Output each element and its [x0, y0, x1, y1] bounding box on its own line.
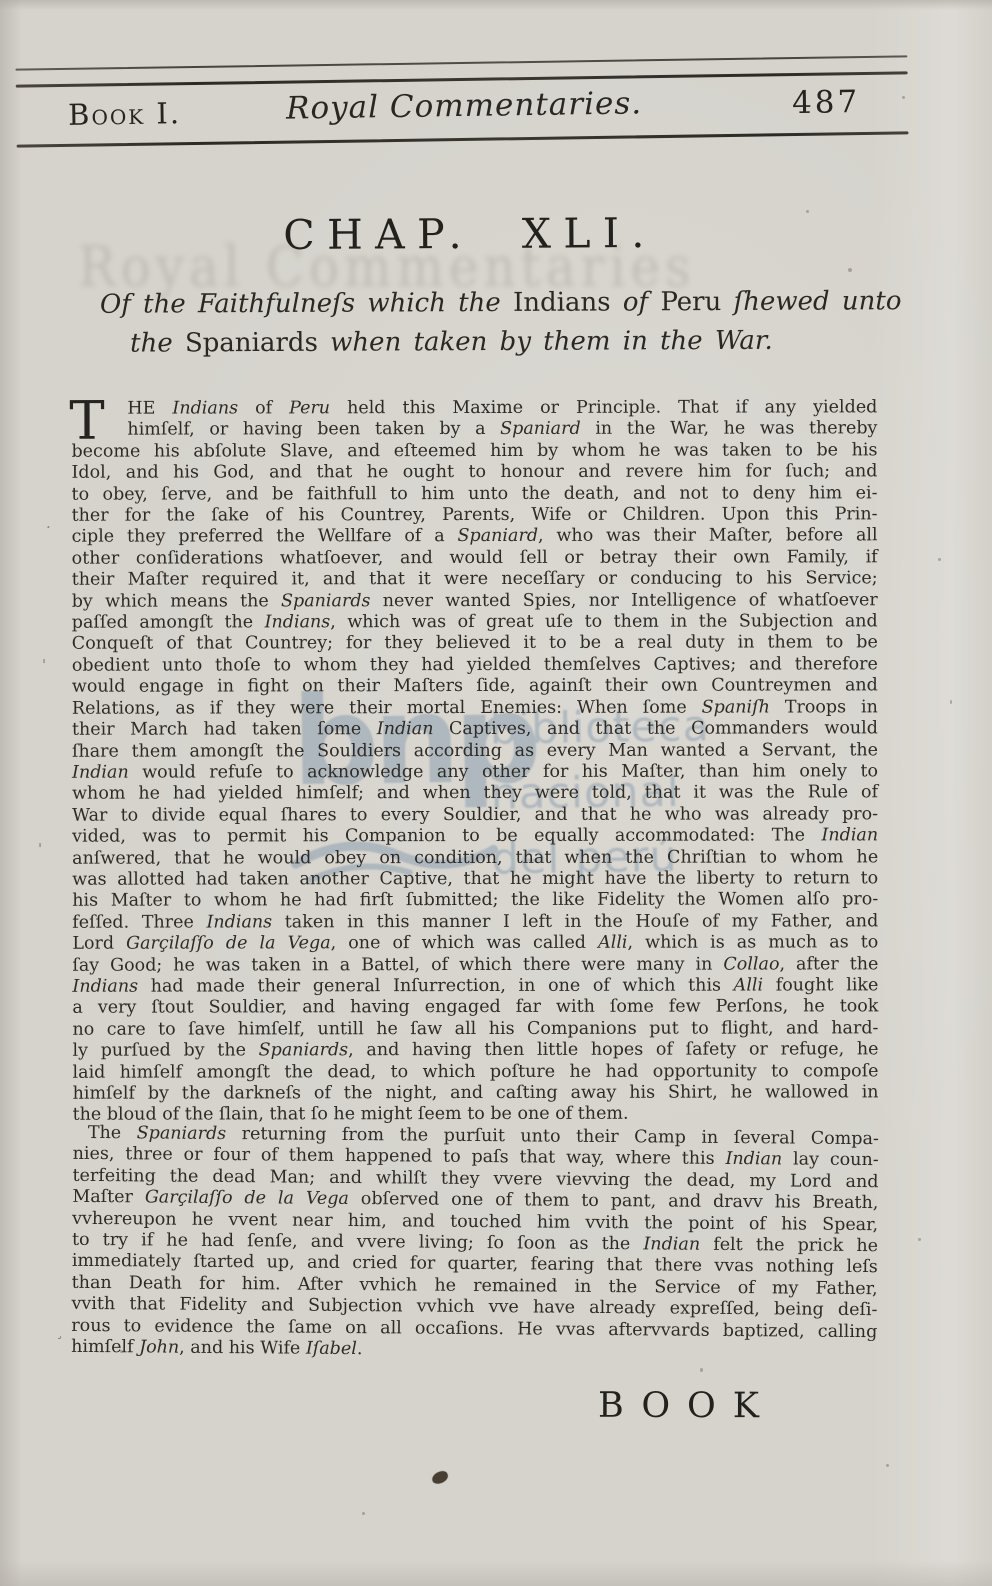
speck: [938, 558, 941, 561]
text-line: himſelf by the darkneſs of the night, an…: [73, 1082, 879, 1105]
text-line: their Maſter required it, and that it we…: [72, 569, 878, 592]
text-line: ciple they preferred the Wellfare of a S…: [72, 526, 878, 549]
running-header: Book I. Royal Commentaries. 487: [15, 45, 908, 158]
text-line: become his abſolute Slave, and eſteemed …: [71, 440, 877, 463]
text-line: War to divide equal ſhares to every Soul…: [72, 804, 878, 827]
chapter-heading: CHAP. XLI.: [0, 208, 940, 261]
text-line: whom he had yielded himſelf; and when th…: [72, 783, 878, 806]
subtitle-line: the Spaniards when taken by them in the …: [130, 321, 890, 363]
text-line: other conſiderations whatſoever, and wou…: [72, 547, 878, 570]
book-label: Book I.: [68, 96, 181, 132]
text-line: laid himſelf amongſt the dead, to which …: [73, 1061, 879, 1084]
text-line: no care to ſave himſelf, untill he ſaw a…: [72, 1018, 878, 1041]
text-line: his Maſter to whom he had firſt ſubmitte…: [72, 890, 878, 913]
speck: [902, 96, 905, 99]
paragraph-2: The Spaniards returning from the purſuit…: [71, 1123, 879, 1365]
speck: [950, 700, 952, 704]
drop-cap: T: [69, 400, 121, 444]
text-line: ſhare them amongſt the Souldiers accordi…: [72, 740, 878, 763]
speck: [362, 1512, 365, 1515]
paragraph-1: T HE Indians of Peru held this Maxime or…: [71, 397, 878, 1126]
header-rule-top: [15, 55, 907, 70]
speck: [848, 268, 852, 272]
subtitle-line: Of the Faithfulneſs which the Indians of…: [100, 282, 890, 324]
text-line: a very ſtout Souldier, and having engage…: [72, 997, 878, 1020]
margin-mark: ·: [46, 518, 51, 536]
text-line: would engage in fight on their Maſters ſ…: [72, 676, 878, 699]
text-line: ly purſued by the Spaniards, and having …: [72, 1039, 878, 1062]
text-line: vided, was to permit his Companion to be…: [72, 825, 878, 848]
running-title: Royal Commentaries.: [286, 85, 643, 126]
text-line: himſelf, or having been taken by a Spani…: [71, 419, 877, 442]
speck: [700, 1368, 703, 1372]
speck: [120, 1350, 123, 1353]
text-line: Relations, as if they were their mortal …: [72, 697, 878, 720]
header-row: Book I. Royal Commentaries. 487: [16, 79, 909, 138]
catchword: BOOK: [598, 1386, 776, 1427]
text-line: by which means the Spaniards never wante…: [72, 590, 878, 613]
page-number: 487: [792, 84, 861, 121]
chapter-subtitle: Of the Faithfulneſs which the Indians of…: [100, 282, 890, 363]
margin-mark: ': [38, 840, 42, 858]
text-line: Indian would refuſe to acknowledge any o…: [72, 761, 878, 784]
text-line: feſſed. Three Indians taken in this mann…: [72, 911, 878, 934]
margin-mark: ¸: [56, 1322, 64, 1340]
text-line: Indians had made their general Inſurrect…: [72, 975, 878, 998]
text-line: ſay Good; he was taken in a Battel, of w…: [72, 954, 878, 977]
text-line: their March had taken ſome Indian Captiv…: [72, 718, 878, 741]
text-line: paſſed amongſt the Indians, which was of…: [72, 611, 878, 634]
ink-blot: [431, 1470, 450, 1485]
text-line: HE Indians of Peru held this Maxime or P…: [71, 397, 877, 420]
text-line: was allotted had taken another Captive, …: [72, 868, 878, 891]
text-line: obedient unto thoſe to whom they had yie…: [72, 654, 878, 677]
page-scan: Royal Commentaries bnp bibliotecanaciona…: [0, 0, 992, 1586]
text-line: Idol, and his God, and that he ought to …: [71, 462, 877, 485]
speck: [918, 1238, 921, 1241]
text-line: Lord Garçilaſſo de la Vega, one of which…: [72, 932, 878, 955]
speck: [806, 210, 809, 213]
text-line: ther for the ſake of his Countrey, Paren…: [72, 504, 878, 527]
margin-mark: ': [42, 656, 46, 674]
text-line: Conqueſt of that Countrey; for they beli…: [72, 633, 878, 656]
speck: [886, 1464, 889, 1467]
text-line: to obey, ſerve, and be faithfull to him …: [72, 483, 878, 506]
text-line: anſwered, that he would obey on conditio…: [72, 847, 878, 870]
